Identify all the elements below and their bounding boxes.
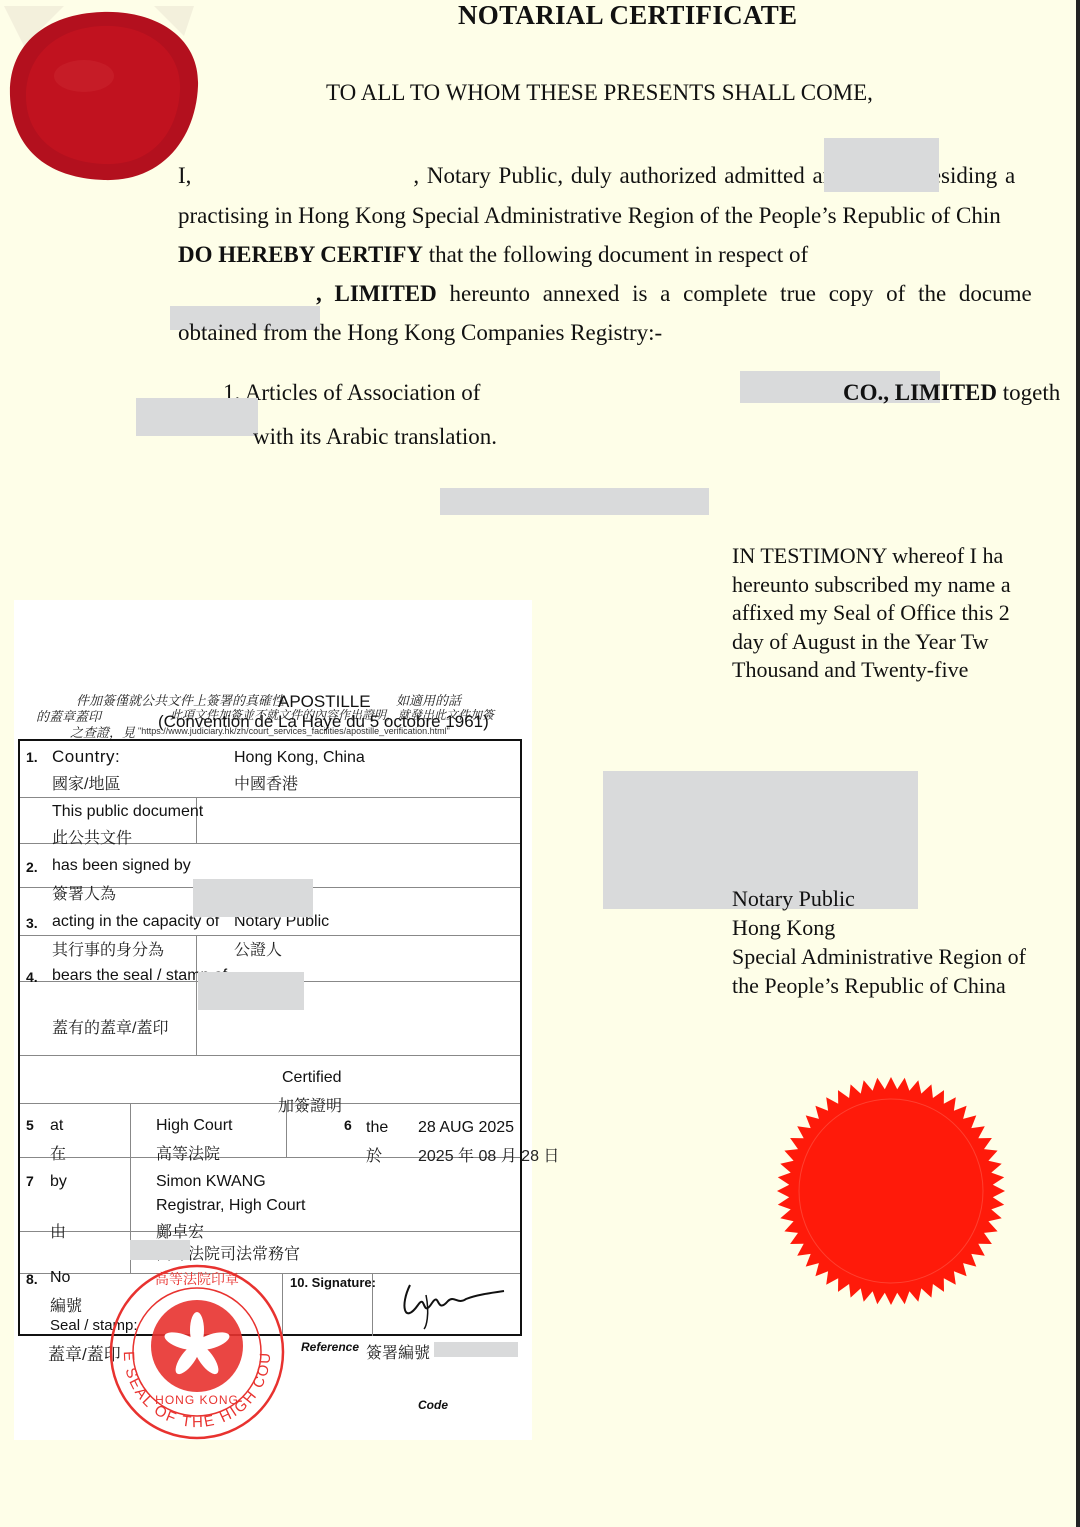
redaction [198,972,304,1010]
code-label: Code [418,1398,448,1412]
registrar-signature-icon [396,1275,506,1331]
body-text: hereunto annexed is a complete true copy… [437,281,1032,306]
redaction [440,488,709,515]
svg-text:HONG KONG: HONG KONG [155,1393,239,1407]
body-line-4: , LIMITED hereunto annexed is a complete… [316,281,1032,307]
country-value: Hong Kong, China [234,749,365,767]
body-line-5: obtained from the Hong Kong Companies Re… [178,320,662,346]
item-company: CO., LIMITED togeth [843,380,1060,406]
sig-line: Notary Public [732,884,1026,913]
signed-by-label: has been signed by [52,857,191,875]
apostille-table: 1. Country: 國家/地區 Hong Kong, China 中國香港 … [18,739,522,1336]
number-label: No [50,1269,70,1287]
body-line-2: practising in Hong Kong Special Administ… [178,203,1001,229]
testimony-line: IN TESTIMONY whereof I ha [732,542,1011,571]
country-label-cn: 國家/地區 [52,771,120,794]
testimony-clause: IN TESTIMONY whereof I ha hereunto subsc… [732,542,1011,685]
registrar-name-cn: 鄺卓宏 [156,1219,204,1242]
public-document-label-cn: 此公共文件 [52,825,132,848]
date-value-cn: 2025 年 08 月 28 日 [418,1143,559,1166]
item-text: togeth [997,380,1060,405]
limited-bold: , LIMITED [316,281,437,306]
public-document-label: This public document [52,803,203,821]
testimony-line: affixed my Seal of Office this 2 [732,599,1011,628]
capacity-label-cn: 其行事的身分為 [52,937,164,960]
registrar-name: Simon KWANG [156,1173,266,1191]
by-label-cn: 由 [50,1219,66,1242]
high-court-seal-icon: THE SEAL OF THE HIGH COURT HONG KONG 高等法… [104,1262,290,1442]
row-number: 8. [26,1271,38,1287]
apostille-header: 件加簽僅就公共文件上簽署的真確性 如適用的話 的蓋章蓋印 此項文件加簽並不就文件… [30,690,530,740]
certify-bold: DO HEREBY CERTIFY [178,242,423,267]
body-text: I, [178,163,191,188]
date-label: the [366,1119,388,1137]
country-label: Country: [52,747,120,767]
row-number: 3. [26,915,38,931]
company-suffix: CO., LIMITED [843,380,997,405]
wax-seal-icon [4,6,200,182]
testimony-line: hereunto subscribed my name a [732,571,1011,600]
apostille-url[interactable]: "https://www.judiciary.hk/zh/court_servi… [138,726,450,736]
testimony-line: day of August in the Year Tw [732,628,1011,657]
number-label-cn: 編號 [50,1293,82,1316]
redaction [136,398,258,436]
row-number: 7 [26,1173,34,1189]
row-number: 2. [26,859,38,875]
testimony-line: Thousand and Twenty-five [732,656,1011,685]
list-item: 1. Articles of Association of [223,380,480,406]
row-number: 1. [26,749,38,765]
item-text-cont: with its Arabic translation. [253,424,497,450]
salutation: TO ALL TO WHOM THESE PRESENTS SHALL COME… [326,80,873,106]
reference-label-cn: 簽署編號 [366,1340,430,1363]
signature-label: 10. Signature: [290,1275,376,1290]
redaction [824,138,939,192]
registrar-title: Registrar, High Court [156,1197,305,1215]
row-number: 4. [26,969,38,985]
redaction [130,1240,190,1260]
sig-line: the People’s Republic of China [732,971,1026,1000]
page-edge [1076,0,1080,1527]
signed-by-label-cn: 簽署人為 [52,881,116,904]
at-label-cn: 在 [50,1141,66,1164]
apostille-title: APOSTILLE [278,692,371,712]
date-value: 28 AUG 2025 [418,1119,514,1137]
at-value: High Court [156,1117,232,1135]
redaction [193,879,313,917]
sig-line: Hong Kong [732,913,1026,942]
body-text: that the following document in respect o… [423,242,808,267]
notary-seal-icon [768,1076,1014,1306]
certificate-title: NOTARIAL CERTIFICATE [458,0,797,31]
row-number: 6 [344,1117,352,1133]
notary-signature-block: Notary Public Hong Kong Special Administ… [732,884,1026,1000]
svg-text:高等法院印章: 高等法院印章 [155,1271,239,1287]
item-text: Articles of Association of [245,380,481,405]
row-number: 5 [26,1117,34,1133]
body-line-3: DO HEREBY CERTIFY that the following doc… [178,242,808,268]
by-label: by [50,1173,67,1191]
reference-label: Reference [301,1340,359,1354]
country-value-cn: 中國香港 [234,771,298,794]
at-label: at [50,1117,63,1135]
date-label-cn: 於 [366,1143,382,1166]
capacity-value-cn: 公證人 [234,937,282,960]
certified-label-cn: 加簽證明 [278,1093,342,1116]
at-value-cn: 高等法院 [156,1141,220,1164]
certified-label: Certified [282,1069,342,1087]
sig-line: Special Administrative Region of [732,942,1026,971]
redaction [434,1342,518,1357]
seal-of-label-cn: 蓋有的蓋章/蓋印 [52,1015,168,1038]
